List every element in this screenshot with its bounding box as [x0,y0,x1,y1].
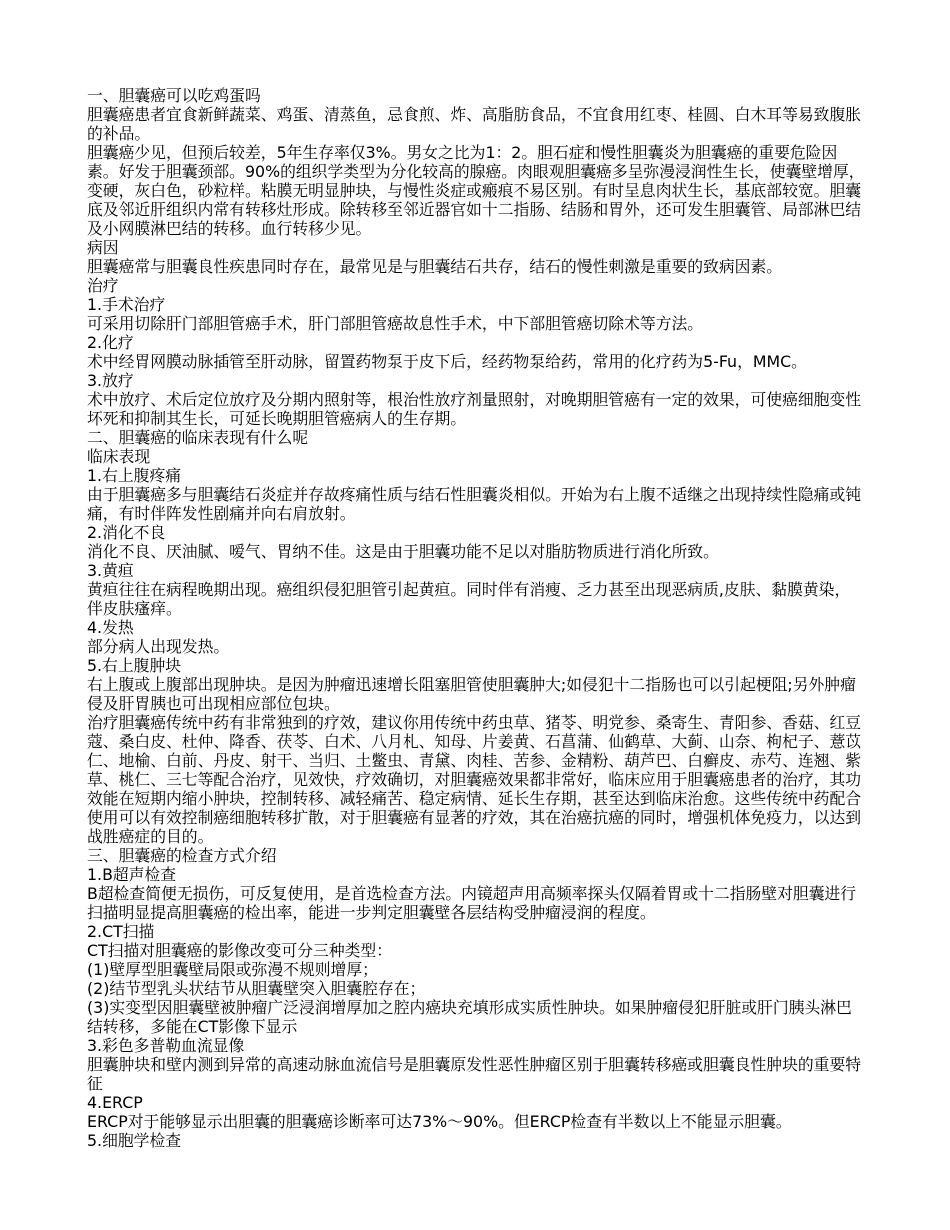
list-item-title: 2.化疗 [87,333,865,352]
section-title: 二、胆囊癌的临床表现有什么呢 [87,428,865,447]
section-title: 一、胆囊癌可以吃鸡蛋吗 [87,86,865,105]
list-item-title: 1.手术治疗 [87,295,865,314]
list-item-title: 5.细胞学检查 [87,1131,865,1150]
list-item-title: 4.发热 [87,618,865,637]
paragraph: (3)实变型因胆囊壁被肿瘤广泛浸润增厚加之腔内癌块充填形成实质性肿块。如果肿瘤侵… [87,998,865,1036]
paragraph: 部分病人出现发热。 [87,637,865,656]
article-body: 一、胆囊癌可以吃鸡蛋吗胆囊癌患者宜食新鲜蔬菜、鸡蛋、清蒸鱼，忌食煎、炸、高脂肪食… [87,86,865,1150]
paragraph: 右上腹或上腹部出现肿块。是因为肿瘤迅速增长阻塞胆管使胆囊肿大;如侵犯十二指肠也可… [87,675,865,713]
paragraph: 黄疸往往在病程晚期出现。癌组织侵犯胆管引起黄疸。同时伴有消瘦、乏力甚至出现恶病质… [87,580,865,618]
paragraph: 胆囊癌患者宜食新鲜蔬菜、鸡蛋、清蒸鱼，忌食煎、炸、高脂肪食品，不宜食用红枣、桂圆… [87,105,865,143]
paragraph: 胆囊癌常与胆囊良性疾患同时存在，最常见是与胆囊结石共存，结石的慢性刺激是重要的致… [87,257,865,276]
paragraph: 可采用切除肝门部胆管癌手术，肝门部胆管癌故息性手术，中下部胆管癌切除术等方法。 [87,314,865,333]
label: 治疗 [87,276,865,295]
paragraph: 胆囊癌少见，但预后较差，5年生存率仅3%。男女之比为1：2。胆石症和慢性胆囊炎为… [87,143,865,238]
list-item-title: 2.CT扫描 [87,922,865,941]
list-item-title: 3.黄疸 [87,561,865,580]
list-item-title: 4.ERCP [87,1093,865,1112]
paragraph: (1)壁厚型胆囊壁局限或弥漫不规则增厚； [87,960,865,979]
label: 临床表现 [87,447,865,466]
page: { "page": { "background_color": "#ffffff… [0,0,950,1230]
paragraph: 由于胆囊癌多与胆囊结石炎症并存故疼痛性质与结石性胆囊炎相似。开始为右上腹不适继之… [87,485,865,523]
paragraph: 治疗胆囊癌传统中药有非常独到的疗效，建议你用传统中药虫草、猪苓、明党参、桑寄生、… [87,713,865,846]
paragraph: (2)结节型乳头状结节从胆囊壁突入胆囊腔存在； [87,979,865,998]
paragraph: CT扫描对胆囊癌的影像改变可分三种类型： [87,941,865,960]
paragraph: 术中放疗、术后定位放疗及分期内照射等，根治性放疗剂量照射，对晚期胆管癌有一定的效… [87,390,865,428]
list-item-title: 1.B超声检查 [87,865,865,884]
paragraph: 胆囊肿块和壁内测到异常的高速动脉血流信号是胆囊原发性恶性肿瘤区别于胆囊转移癌或胆… [87,1055,865,1093]
paragraph: 术中经胃网膜动脉插管至肝动脉，留置药物泵于皮下后，经药物泵给药，常用的化疗药为5… [87,352,865,371]
list-item-title: 5.右上腹肿块 [87,656,865,675]
label: 病因 [87,238,865,257]
list-item-title: 2.消化不良 [87,523,865,542]
paragraph: 消化不良、厌油腻、嗳气、胃纳不佳。这是由于胆囊功能不足以对脂肪物质进行消化所致。 [87,542,865,561]
list-item-title: 1.右上腹疼痛 [87,466,865,485]
paragraph: B超检查简便无损伤，可反复使用，是首选检查方法。内镜超声用高频率探头仅隔着胃或十… [87,884,865,922]
list-item-title: 3.彩色多普勒血流显像 [87,1036,865,1055]
section-title: 三、胆囊癌的检查方式介绍 [87,846,865,865]
paragraph: ERCP对于能够显示出胆囊的胆囊癌诊断率可达73%～90%。但ERCP检查有半数… [87,1112,865,1131]
list-item-title: 3.放疗 [87,371,865,390]
